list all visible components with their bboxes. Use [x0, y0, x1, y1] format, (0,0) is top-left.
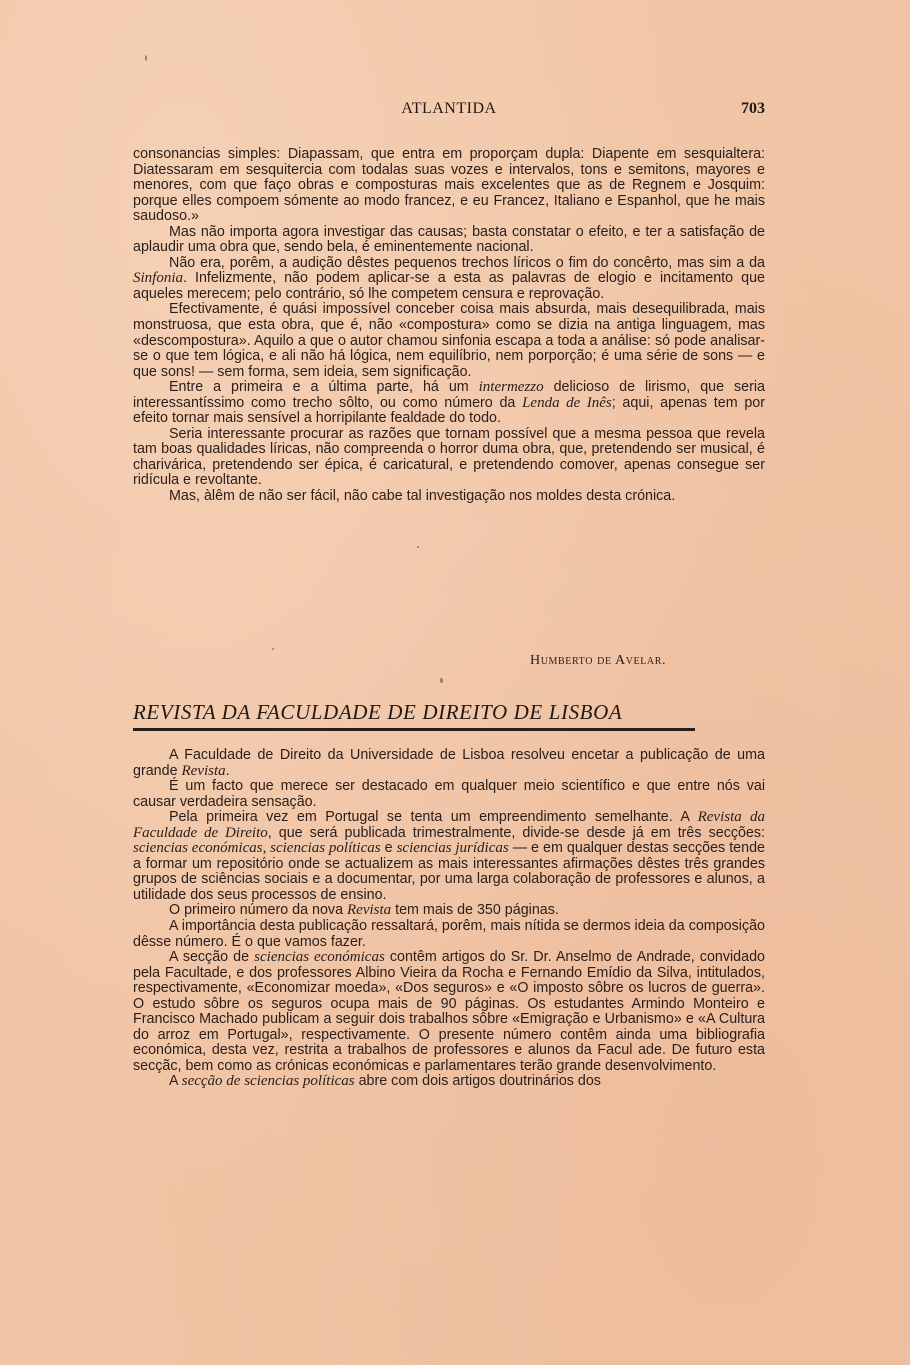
paragraph: Mas não importa agora investigar das cau… — [133, 225, 765, 256]
italic-text: Lenda de Inês — [522, 395, 612, 411]
author-signature: Humberto de Avelar. — [530, 653, 666, 669]
article-revista-faculdade: A Faculdade de Direito da Universidade d… — [133, 748, 765, 1090]
text: . Infelizmente, não podem aplicar-se a e… — [133, 270, 765, 302]
text: A secção de — [169, 949, 254, 965]
paragraph: Mas, àlêm de não ser fácil, não cabe tal… — [133, 489, 765, 505]
paragraph: A secção de sciencias económicas contêm … — [133, 950, 765, 1074]
paragraph: O primeiro número da nova Revista tem ma… — [133, 903, 765, 919]
section-heading: REVISTA DA FACULDADE DE DIREITO DE LISBO… — [133, 700, 695, 725]
paragraph: consonancias simples: Diapassam, que ent… — [133, 147, 765, 225]
text: Mas não importa agora investigar das cau… — [133, 224, 765, 256]
page-number: 703 — [741, 100, 765, 118]
text: A — [169, 1073, 182, 1089]
text: Entre a primeira e a última parte, há um — [169, 379, 479, 395]
article-concert-review: consonancias simples: Diapassam, que ent… — [133, 147, 765, 505]
text: . — [226, 763, 230, 779]
text: O primeiro número da nova — [169, 902, 347, 918]
paragraph: A secção de sciencias políticas abre com… — [133, 1074, 765, 1090]
italic-text: intermezzo — [479, 379, 544, 395]
paragraph: A Faculdade de Direito da Universidade d… — [133, 748, 765, 779]
text: consonancias simples: Diapassam, que ent… — [133, 146, 765, 224]
text: Efectivamente, é quási impossível conceb… — [133, 301, 765, 379]
paragraph: A importância desta publicação ressaltar… — [133, 919, 765, 950]
text: e — [381, 840, 397, 856]
text: Não era, porêm, a audição dêstes pequeno… — [169, 255, 765, 271]
text: É um facto que merece ser destacado em q… — [133, 778, 765, 810]
italic-text: Revista — [347, 902, 391, 918]
text: Pela primeira vez em Portugal se tenta u… — [169, 809, 698, 825]
paragraph: É um facto que merece ser destacado em q… — [133, 779, 765, 810]
text: Seria interessante procurar as razões qu… — [133, 426, 765, 489]
text: , que será publicada trimestralmente, di… — [268, 825, 765, 841]
running-title: ATLANTIDA — [133, 100, 765, 118]
text: tem mais de 350 páginas. — [391, 902, 559, 918]
paragraph: Seria interessante procurar as razões qu… — [133, 427, 765, 489]
paragraph: Pela primeira vez em Portugal se tenta u… — [133, 810, 765, 903]
paragraph: Entre a primeira e a última parte, há um… — [133, 380, 765, 427]
paragraph: Não era, porêm, a audição dêstes pequeno… — [133, 256, 765, 303]
italic-text: Sinfonia — [133, 270, 183, 286]
text: abre com dois artigos doutrinários dos — [355, 1073, 601, 1089]
text: contêm artigos do Sr. Dr. Anselmo de And… — [133, 949, 765, 1074]
italic-text: sciencias jurídicas — [397, 840, 509, 856]
heading-underline — [133, 728, 695, 731]
italic-text: sciencias económicas — [254, 949, 385, 965]
paragraph: Efectivamente, é quási impossível conceb… — [133, 302, 765, 380]
page-header: ATLANTIDA 703 — [133, 100, 765, 122]
italic-text: Revista — [182, 763, 226, 779]
italic-text: sciencias económicas, sciencias política… — [133, 840, 381, 856]
italic-text: secção de sciencias políticas — [182, 1073, 355, 1089]
text: Mas, àlêm de não ser fácil, não cabe tal… — [169, 488, 675, 504]
text: A importância desta publicação ressaltar… — [133, 918, 765, 950]
